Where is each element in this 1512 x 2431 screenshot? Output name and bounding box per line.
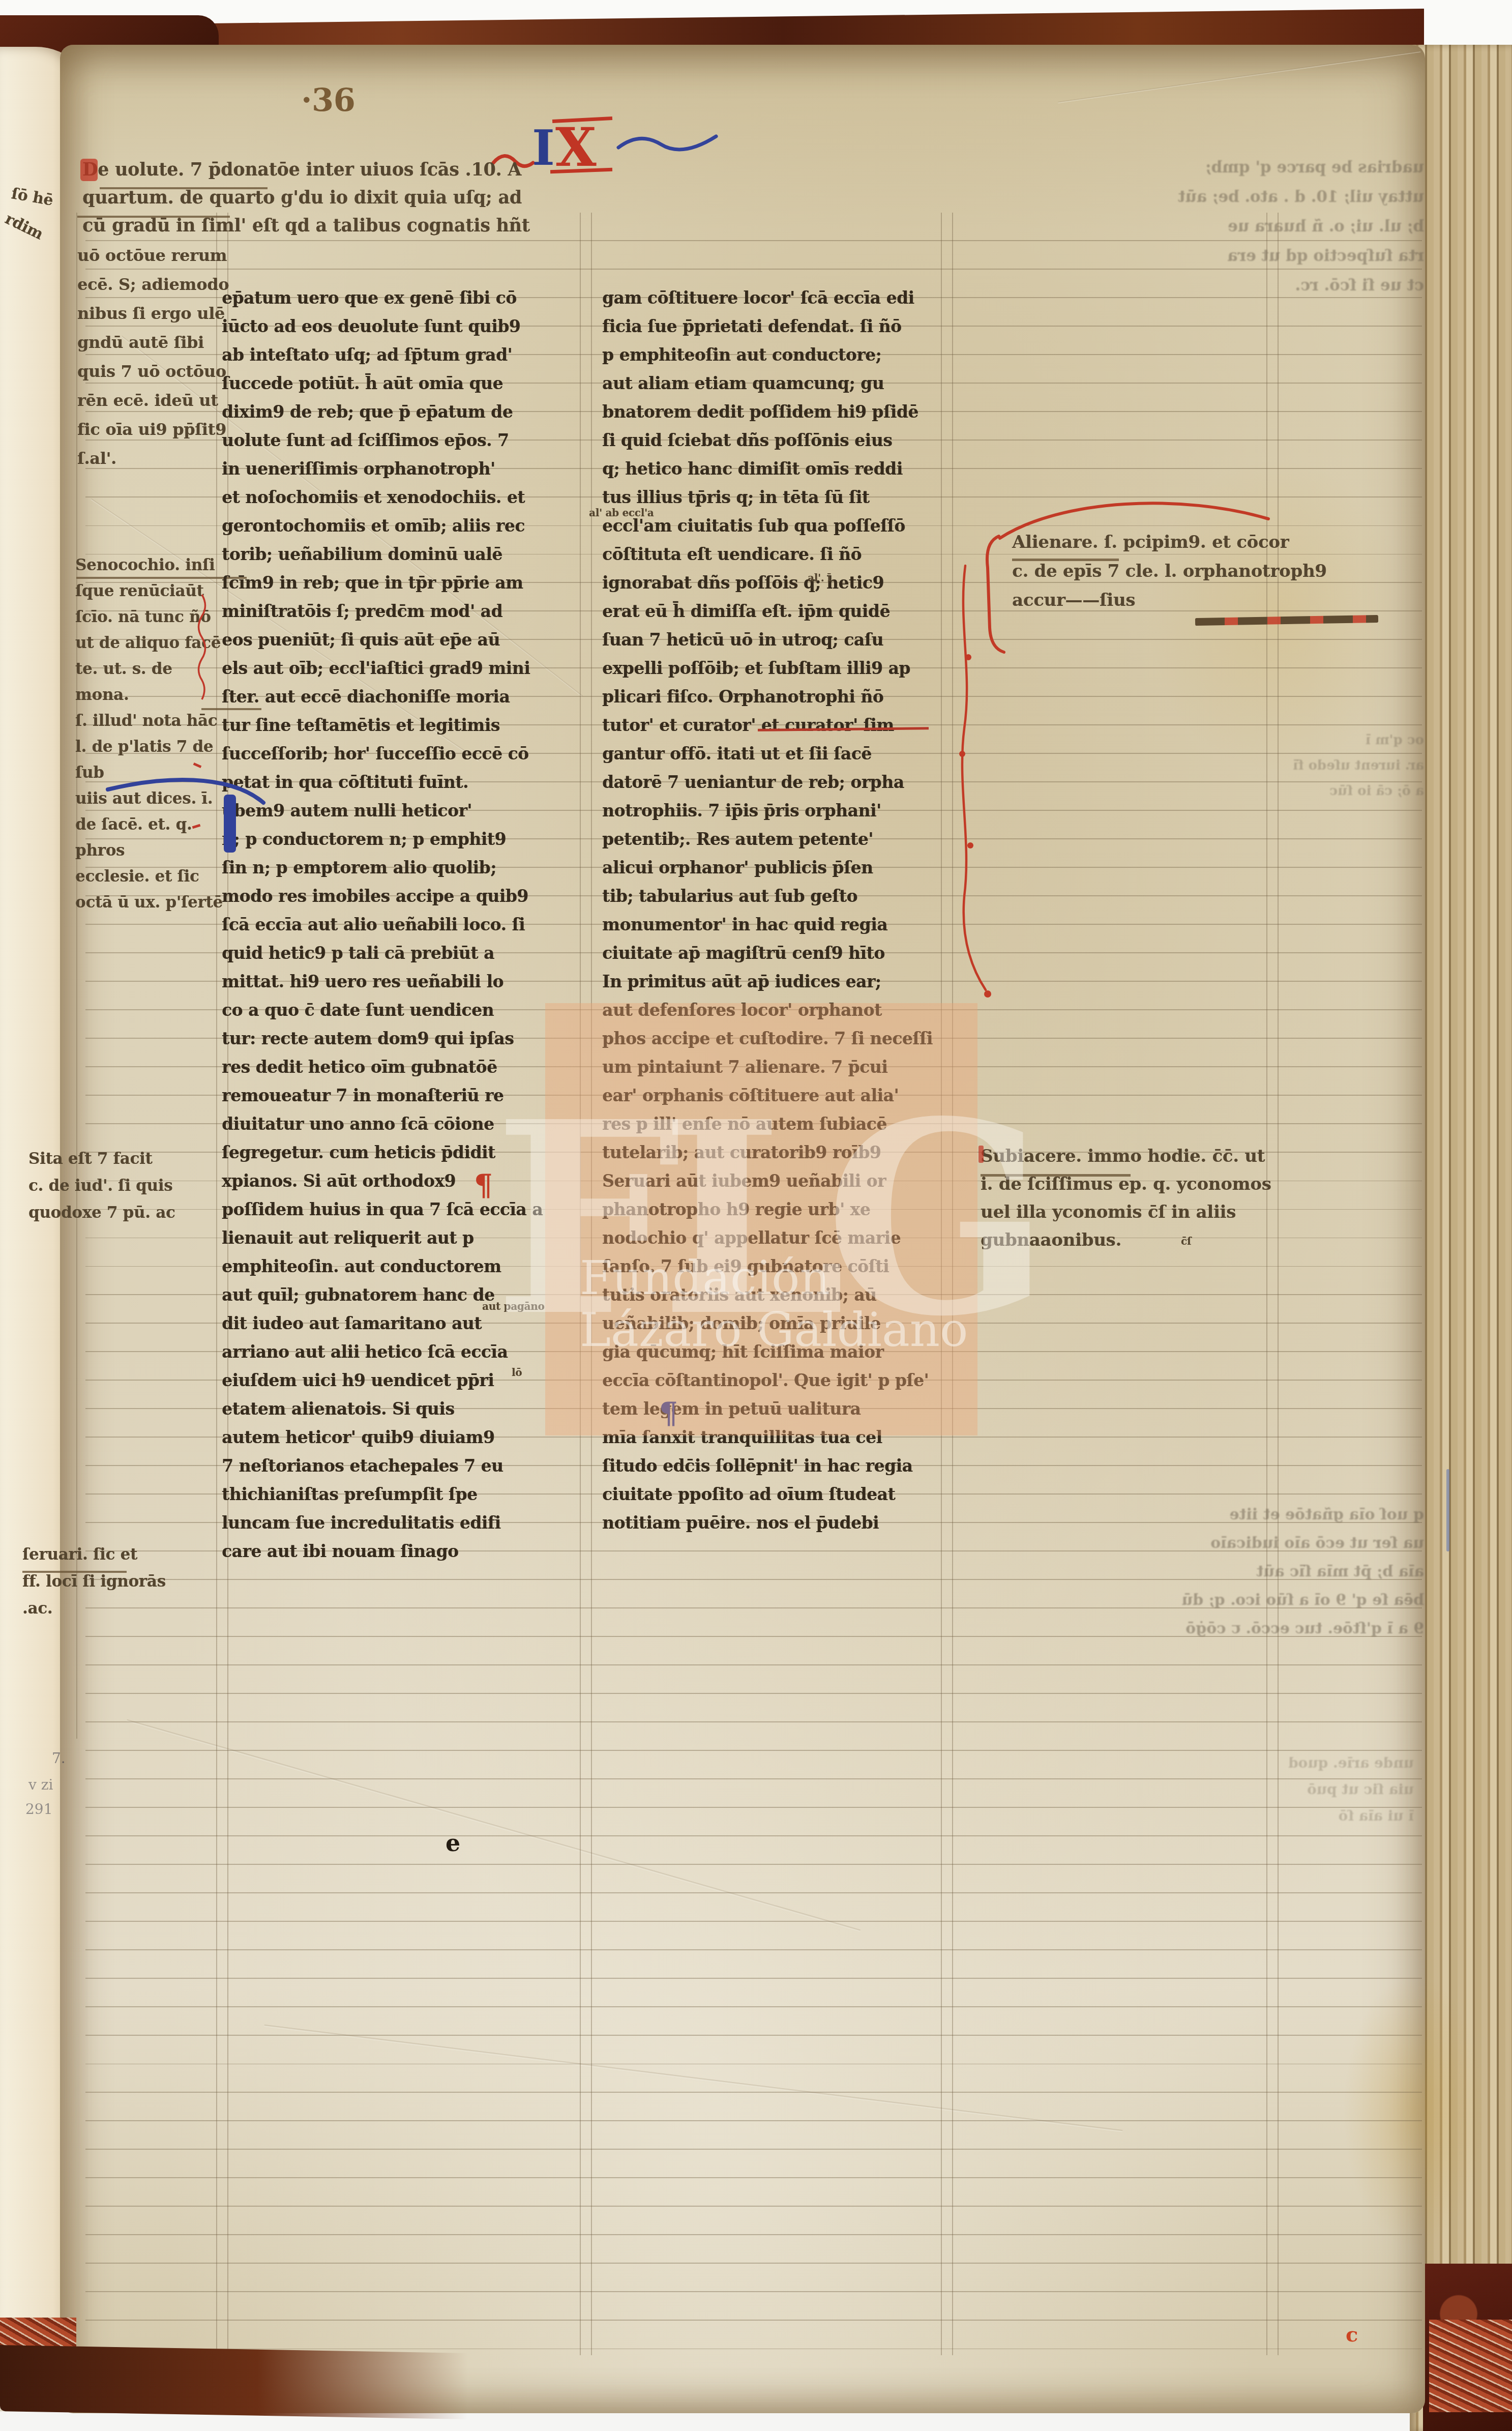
blue-pen-stroke-fore-edge: [1446, 1469, 1449, 1551]
showthrough-bottom-right: q uoſ oīa gñatōe et iite ua ſer ut ecō a…: [1099, 1501, 1424, 1643]
leather-bottom-left-strip: [0, 2345, 468, 2419]
marbled-edge-bottom-right: [1429, 2320, 1512, 2412]
stray-letter-e: e: [446, 1829, 460, 1857]
watermark-pink-panel: FLG: [545, 1003, 977, 1436]
gloss-initial-red-touch: [80, 159, 98, 181]
heading-numeral-red: X: [555, 116, 597, 179]
manuscript-photo: uadrias be parce q' qmb; uttay uil; 10. …: [0, 0, 1512, 2431]
underline-de-uolute: [100, 187, 268, 189]
watermark-name-line1: Fundación: [580, 1252, 968, 1304]
gloss-left-bottom: ſeruari. ſic et ff. locī ſi ignorās .ac.: [22, 1541, 195, 1622]
ruling-vertical-col1-a: [216, 213, 217, 2355]
heading-numeral-blue: I: [532, 119, 555, 177]
heading-blue-swash-flourish: [614, 126, 721, 162]
red-chain-ornament-left-margin: [193, 593, 211, 702]
underline-quartum: [77, 216, 230, 218]
red-paraph-mark: ¶: [474, 1168, 493, 1203]
interlinear-cos: c̄ſ: [1181, 1235, 1191, 1247]
showthrough-mid-right: oc q'm ī ar. iurent uſedo fī a ō; cā io …: [1282, 727, 1424, 804]
interlinear-ab-eccla: al' ab eccl'a: [589, 507, 654, 519]
quire-signature-c: c: [1346, 2323, 1358, 2347]
red-flourish-right-gutter: [939, 489, 1295, 1003]
pencil-mark-3: 291: [25, 1801, 52, 1818]
watermark-name: Fundación Lázaro Galdiano: [580, 1252, 968, 1356]
underline-senocochio: [76, 577, 247, 579]
underline-seruari: [22, 1571, 127, 1573]
pencil-mark-1: 7.: [52, 1750, 66, 1767]
gloss-top-left-wide: De uolute. 7 p̄donatōe inter uiuos ſcās …: [82, 156, 581, 240]
showthrough-lower-right: unde arīe. quod uia ſic ut puō ī ui aīa …: [1149, 1750, 1414, 1829]
blue-initial-i-tail-flourish: [102, 756, 270, 812]
gloss-top-left-narrow: uō octōue rerum ecē. S; adiemodo nibus ſ…: [77, 241, 230, 473]
watermark-name-line2: Lázaro Galdiano: [580, 1304, 968, 1356]
interlinear-al-i: al'. ī.: [808, 572, 835, 584]
showthrough-top-right: uadrias be parce q' qmb; uttay uil; 10. …: [1109, 153, 1424, 300]
pencil-mark-2: v zi: [28, 1776, 53, 1793]
folio-number: ·36: [301, 81, 355, 119]
gloss-left-lower: Sita eſt 7 facit c. de iud'. ſi quis quo…: [28, 1146, 201, 1226]
